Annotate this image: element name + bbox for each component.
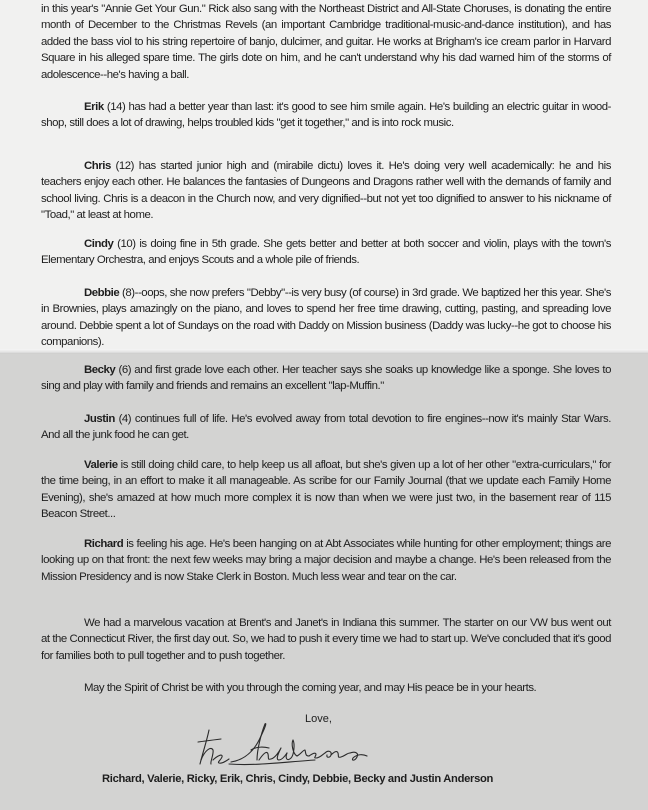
paragraph-text: (14) has had a better year than last: it… [41,101,611,129]
paragraph-text: We had a marvelous vacation at Brent's a… [41,617,611,662]
paragraph-richard: Richard is feeling his age. He's been ha… [41,536,611,585]
paragraph-vacation: We had a marvelous vacation at Brent's a… [41,615,611,664]
handwritten-signature [195,720,375,768]
paragraph-becky: Becky (6) and first grade love each othe… [41,362,611,395]
blessing: May the Spirit of Christ be with you thr… [41,680,611,696]
child-name: Chris [84,160,111,172]
child-name: Cindy [84,238,113,250]
paragraph-text: is feeling his age. He's been hanging on… [41,538,611,583]
paragraph-debbie: Debbie (8)--oops, she now prefers "Debby… [41,285,611,351]
paragraph-text: in this year's "Annie Get Your Gun." Ric… [41,3,611,81]
paragraph-text: is still doing child care, to help keep … [41,459,611,520]
paragraph-rick-continued: in this year's "Annie Get Your Gun." Ric… [41,1,611,83]
blessing-text: May the Spirit of Christ be with you thr… [84,682,536,694]
paragraph-cindy: Cindy (10) is doing fine in 5th grade. S… [41,236,611,269]
paragraph-valerie: Valerie is still doing child care, to he… [41,457,611,523]
parent-name: Valerie [84,459,118,471]
paragraph-erik: Erik (14) has had a better year than las… [41,99,611,132]
child-name: Becky [84,364,115,376]
paragraph-text: (6) and first grade love each other. Her… [41,364,611,392]
child-name: Erik [84,101,104,113]
paragraph-text: (12) has started junior high and (mirabi… [41,160,611,221]
paragraph-text: (10) is doing fine in 5th grade. She get… [41,238,611,266]
paragraph-chris: Chris (12) has started junior high and (… [41,158,611,224]
paragraph-text: (4) continues full of life. He's evolved… [41,413,611,441]
paragraph-justin: Justin (4) continues full of life. He's … [41,411,611,444]
parent-name: Richard [84,538,123,550]
child-name: Justin [84,413,115,425]
paragraph-text: (8)--oops, she now prefers "Debby"--is v… [41,287,611,348]
child-name: Debbie [84,287,119,299]
family-signatories: Richard, Valerie, Ricky, Erik, Chris, Ci… [102,773,493,785]
